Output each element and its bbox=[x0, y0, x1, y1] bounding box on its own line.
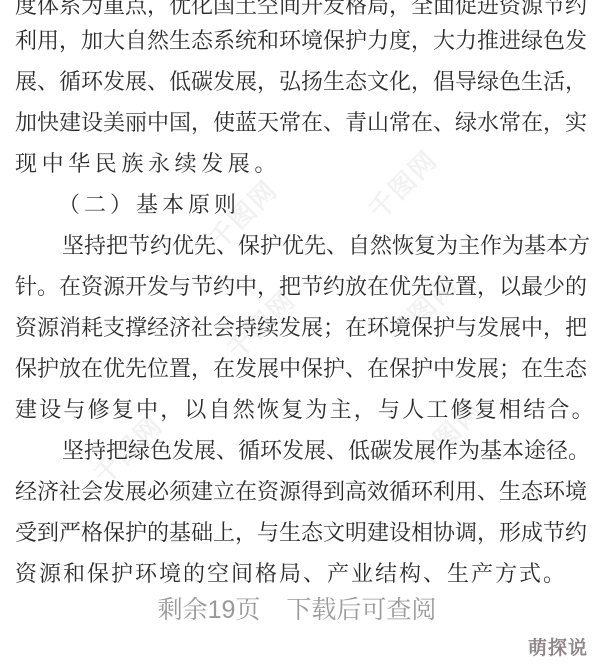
paragraph-line: 建设与修复中，以自然恢复为主，与人工修复相结合。 bbox=[15, 394, 581, 428]
paragraph-line: 资源和保护环境的空间格局、产业结构、生产方式。 bbox=[15, 558, 581, 592]
paragraph-line: 资源消耗支撑经济社会持续发展；在环境保护与发展中，把 bbox=[15, 312, 581, 346]
paragraph-line: 坚持把节约优先、保护优先、自然恢复为主作为基本方 bbox=[62, 230, 581, 264]
document-page: 千图网 千图网 千图网 千图网 千图网 千图网 度体系为重点，优化国土空间开发格… bbox=[0, 0, 594, 666]
paragraph-line: 经济社会发展必须建立在资源得到高效循环利用、生态环境 bbox=[15, 476, 581, 510]
paragraph-line: 保护放在优先位置，在发展中保护、在保护中发展；在生态 bbox=[15, 353, 581, 387]
body-text-line: 利用，加大自然生态系统和环境保护力度，大力推进绿色发 bbox=[15, 25, 581, 59]
remaining-pages-label: 剩余19页 bbox=[158, 596, 261, 624]
body-text-line: 展、循环发展、低碳发展，弘扬生态文化，倡导绿色生活， bbox=[15, 66, 581, 100]
paragraph-line: 受到严格保护的基础上，与生态文明建设相协调，形成节约 bbox=[15, 517, 581, 551]
download-hint-label: 下载后可查阅 bbox=[286, 596, 436, 624]
section-heading: （二）基本原则 bbox=[58, 189, 240, 223]
brand-logo: 萌探说 bbox=[528, 633, 588, 660]
body-text-line: 度体系为重点，优化国土空间开发格局，全面促进资源节约 bbox=[15, 0, 581, 24]
download-prompt[interactable]: 剩余19页下载后可查阅 bbox=[0, 590, 594, 630]
paragraph-line: 针。在资源开发与节约中，把节约放在优先位置，以最少的 bbox=[15, 271, 581, 305]
body-text-line: 加快建设美丽中国，使蓝天常在、青山常在、绿水常在，实 bbox=[15, 107, 581, 141]
paragraph-line: 坚持把绿色发展、循环发展、低碳发展作为基本途径。 bbox=[62, 435, 581, 469]
body-text-line: 现中华民族永续发展。 bbox=[15, 148, 581, 182]
